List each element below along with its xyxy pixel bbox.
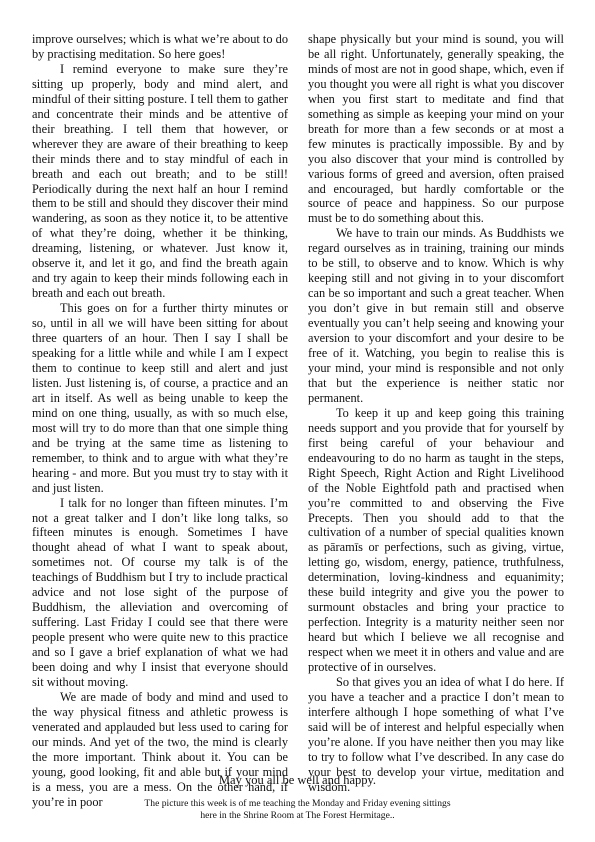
paragraph-body-and-mind: We are made of body and mind and used to…: [32, 690, 288, 810]
caption-line-2: here in the Shrine Room at The Forest He…: [0, 810, 595, 822]
picture-caption: The picture this week is of me teaching …: [0, 798, 595, 821]
caption-line-1: The picture this week is of me teaching …: [0, 798, 595, 810]
two-column-body: improve ourselves; which is what we’re a…: [32, 32, 564, 810]
paragraph-talk: I talk for no longer than fifteen minute…: [32, 496, 288, 690]
paragraph-mind-shape: shape physically but your mind is sound,…: [308, 32, 564, 226]
left-column: improve ourselves; which is what we’re a…: [32, 32, 288, 810]
paragraph-train-minds: We have to train our minds. As Buddhists…: [308, 226, 564, 405]
paragraph-continuation: improve ourselves; which is what we’re a…: [32, 32, 288, 62]
paragraph-training-support: To keep it up and keep going this traini…: [308, 406, 564, 675]
paragraph-listening: This goes on for a further thirty minute…: [32, 301, 288, 495]
closing-blessing: May you all be well and happy.: [0, 773, 595, 788]
right-column: shape physically but your mind is sound,…: [308, 32, 564, 810]
paragraph-sitting-instructions: I remind everyone to make sure they’re s…: [32, 62, 288, 301]
document-page: improve ourselves; which is what we’re a…: [0, 0, 595, 842]
